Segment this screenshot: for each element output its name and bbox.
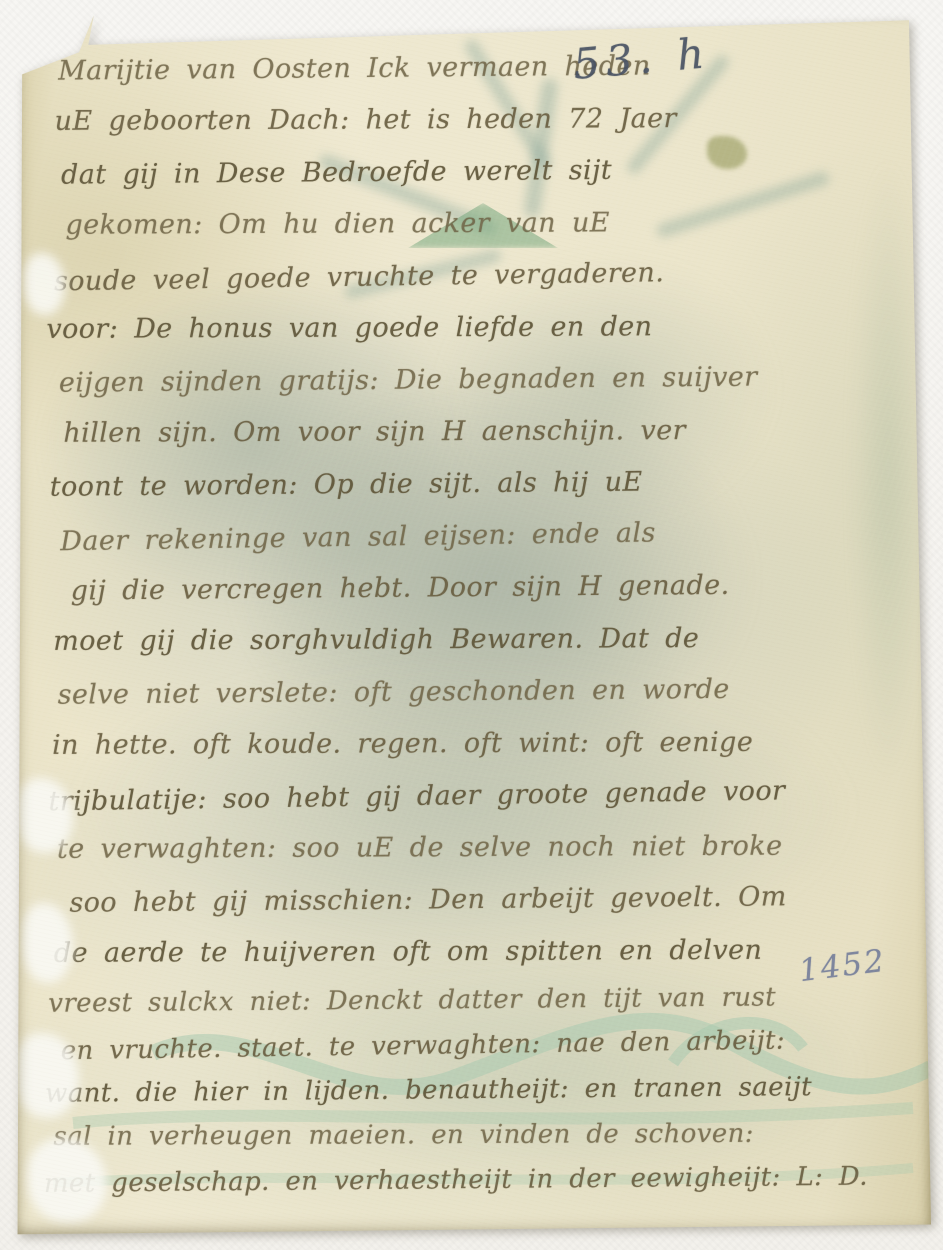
manuscript-line: met geselschap. en verhaestheijt in der … xyxy=(44,1154,914,1207)
manuscript-page: Marijtie van Oosten Ick vermaen heden uE… xyxy=(13,8,931,1238)
scanned-manuscript: Marijtie van Oosten Ick vermaen heden uE… xyxy=(0,0,943,1250)
manuscript-line: gekomen: Om hu dien acker van uE xyxy=(65,196,905,252)
paper-shadow-wrap: Marijtie van Oosten Ick vermaen heden uE… xyxy=(13,8,931,1238)
manuscript-line: soo hebt gij misschien: Den arbeijt gevo… xyxy=(69,870,911,929)
manuscript-line: hillen sijn. Om voor sijn H aenschijn. v… xyxy=(63,404,907,460)
manuscript-line: sal in verheugen maeien. en vinden de sc… xyxy=(53,1111,913,1160)
manuscript-line: de aerde te huijveren oft om spitten en … xyxy=(54,924,912,980)
manuscript-line: uE geboorten Dach: het is heden 72 Jaer xyxy=(55,92,905,148)
manuscript-line: eijgen sijnden gratijs: Die begnaden en … xyxy=(59,350,907,409)
manuscript-line: Marijtie van Oosten Ick vermaen heden xyxy=(58,38,904,97)
manuscript-line: trijbulatije: soo hebt gij daer groote g… xyxy=(48,764,911,829)
manuscript-line: gij die vercregen hebt. Door sijn H gena… xyxy=(70,558,908,617)
manuscript-line: in hette. oft koude. regen. oft wint: of… xyxy=(52,716,910,772)
manuscript-line: dat gij in Dese Bedroefde werelt sijt xyxy=(61,142,905,201)
manuscript-line: te verwaghten: soo uE de selve noch niet… xyxy=(57,820,911,876)
manuscript-line: selve niet verslete: oft geschonden en w… xyxy=(57,662,909,721)
manuscript-line: soude veel goede vruchte te vergaderen. xyxy=(54,244,907,309)
manuscript-line: moet gij die sorghvuldigh Bewaren. Dat d… xyxy=(53,612,909,668)
handwritten-text: Marijtie van Oosten Ick vermaen heden uE… xyxy=(44,38,914,1206)
manuscript-line: voor: De honus van goede liefde en den xyxy=(46,300,906,356)
